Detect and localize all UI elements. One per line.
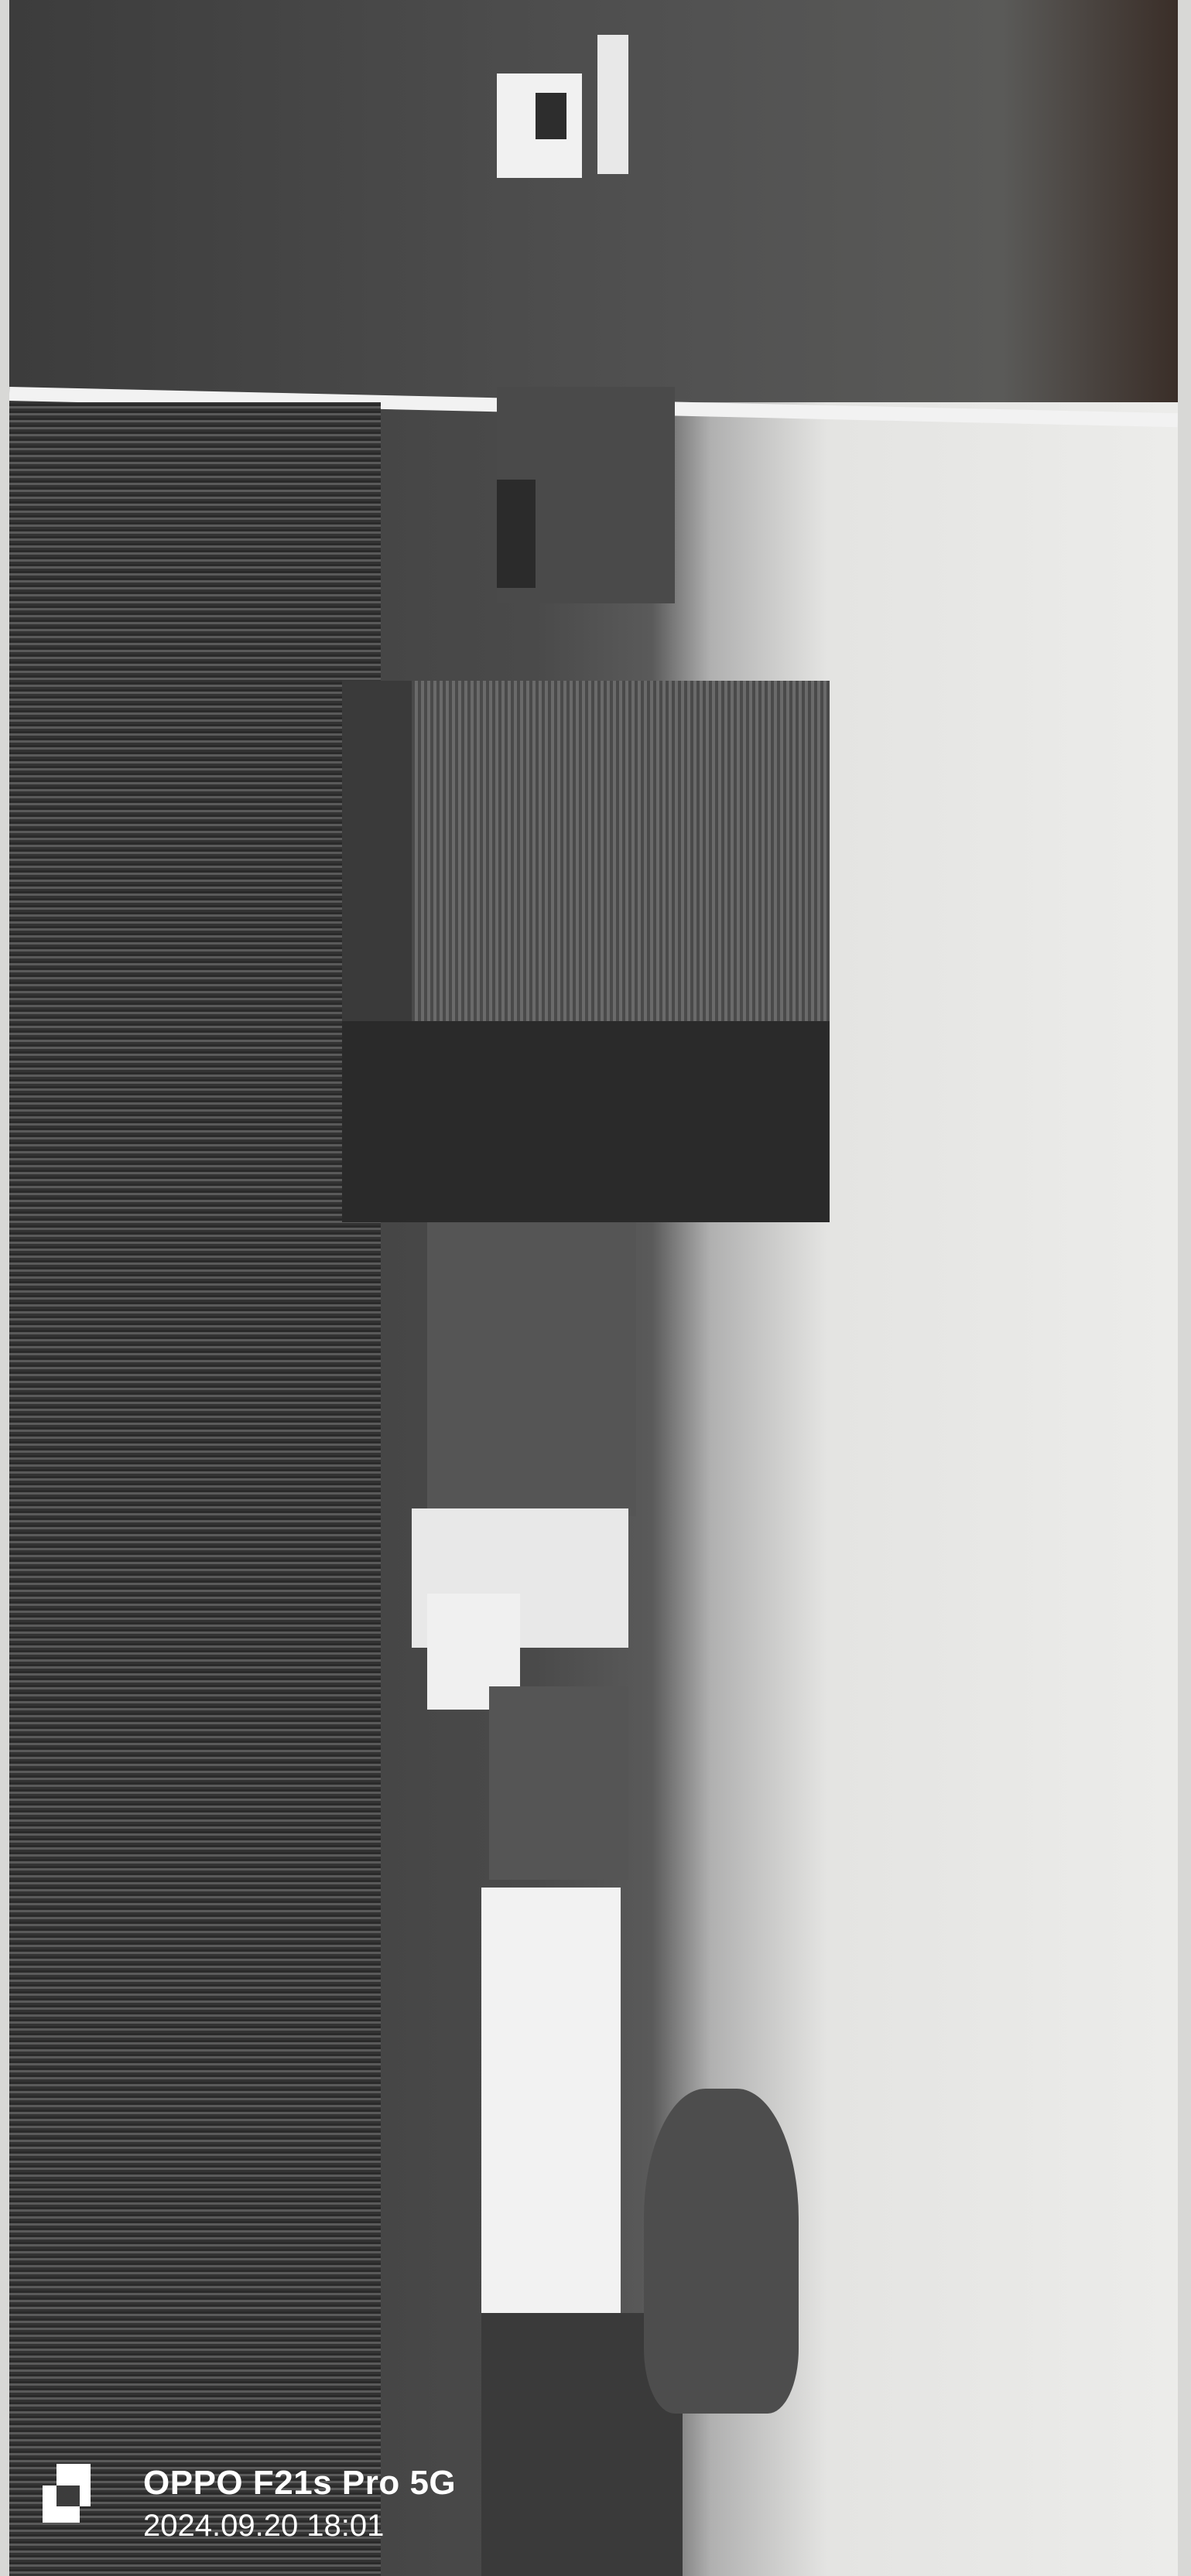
photocopy-photo — [9, 0, 1178, 2576]
white-wall — [481, 1888, 621, 2313]
top-hut-window — [536, 93, 566, 139]
camera-brand-logo-icon — [43, 2464, 91, 2523]
main-building-roof — [412, 681, 830, 1021]
top-photo-panel — [9, 0, 1178, 402]
foliage — [9, 402, 381, 2576]
top-post — [597, 35, 628, 174]
small-building-window — [497, 480, 536, 588]
row-building — [489, 1686, 628, 1880]
watermark-datetime: 2024.09.20 18:01 — [143, 2509, 384, 2544]
row-building — [427, 1222, 636, 1516]
main-building-shadow — [342, 1021, 830, 1222]
watermark-device: OPPO F21s Pro 5G — [143, 2464, 456, 2503]
tree — [644, 2089, 799, 2414]
